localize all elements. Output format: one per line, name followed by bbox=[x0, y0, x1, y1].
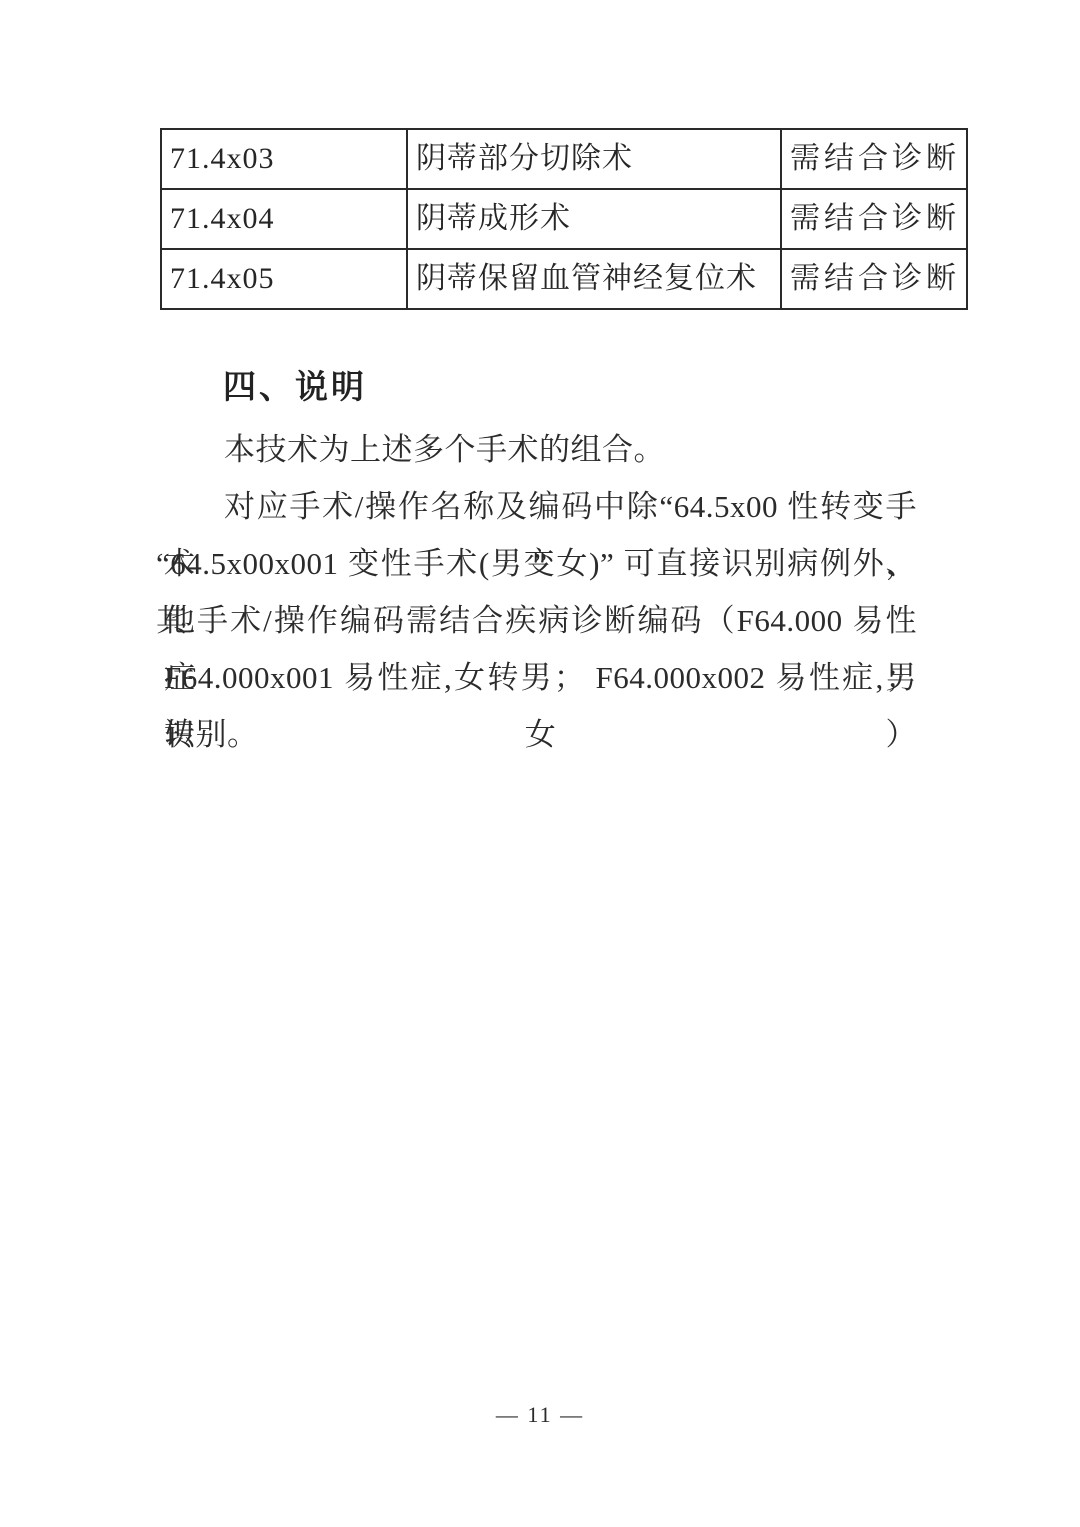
procedure-code-table: 71.4x03 阴蒂部分切除术 需结合诊断 71.4x04 阴蒂成形术 需结合诊… bbox=[160, 128, 968, 310]
procedure-code-cell: 71.4x03 bbox=[161, 129, 407, 189]
section-heading: 四、说明 bbox=[223, 364, 367, 410]
paragraph-line: 本技术为上述多个手术的组合。 bbox=[164, 421, 917, 478]
paragraph-line: 他手术/操作编码需结合疾病诊断编码（F64.000 易性症； bbox=[164, 592, 917, 649]
procedure-name-cell: 阴蒂保留血管神经复位术 bbox=[407, 249, 781, 309]
procedure-name-cell: 阴蒂成形术 bbox=[407, 189, 781, 249]
table-row: 71.4x05 阴蒂保留血管神经复位术 需结合诊断 bbox=[161, 249, 967, 309]
paragraph-line: “64.5x00x001 变性手术(男变女)” 可直接识别病例外，其 bbox=[156, 535, 917, 592]
procedure-code-cell: 71.4x04 bbox=[161, 189, 407, 249]
table-row: 71.4x03 阴蒂部分切除术 需结合诊断 bbox=[161, 129, 967, 189]
procedure-code-cell: 71.4x05 bbox=[161, 249, 407, 309]
procedure-note-cell: 需结合诊断 bbox=[781, 129, 967, 189]
paragraph-line: 对应手术/操作名称及编码中除“64.5x00 性转变手术”、 bbox=[164, 478, 917, 535]
procedure-note-cell: 需结合诊断 bbox=[781, 189, 967, 249]
page-number: — 11 — bbox=[0, 1402, 1080, 1428]
procedure-name-cell: 阴蒂部分切除术 bbox=[407, 129, 781, 189]
procedure-note-cell: 需结合诊断 bbox=[781, 249, 967, 309]
table-row: 71.4x04 阴蒂成形术 需结合诊断 bbox=[161, 189, 967, 249]
paragraph-line: F64.000x001 易性症,女转男； F64.000x002 易性症,男转女… bbox=[164, 649, 917, 706]
document-page: 71.4x03 阴蒂部分切除术 需结合诊断 71.4x04 阴蒂成形术 需结合诊… bbox=[0, 0, 1080, 1527]
section-body: 本技术为上述多个手术的组合。 对应手术/操作名称及编码中除“64.5x00 性转… bbox=[164, 421, 917, 763]
